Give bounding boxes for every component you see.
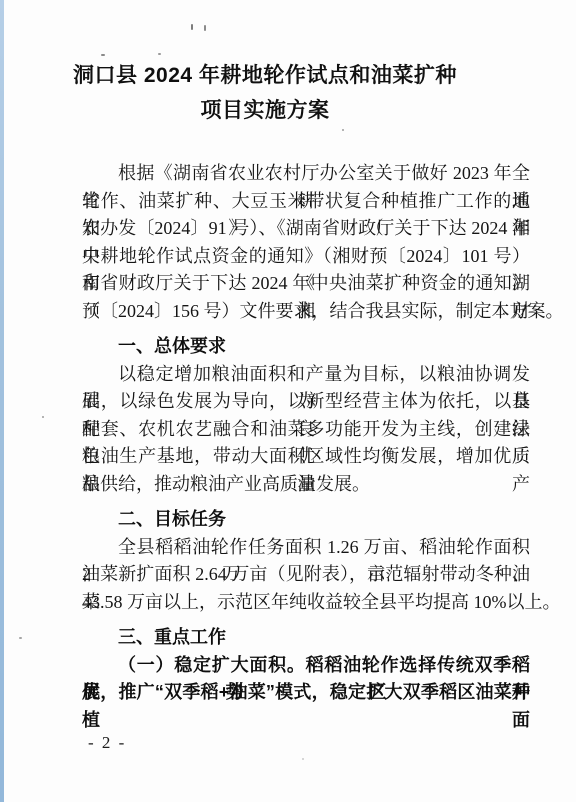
doc-line: 配套、农机农艺融合和油菜多功能开发为主线，创建绿色优质 [82, 416, 530, 444]
doc-line: 轮作、油菜扩种、大豆玉米带状复合种植推广工作的通知》（湘 [82, 188, 530, 216]
section-heading: 一、总体要求 [82, 333, 530, 361]
doc-line: 油菜新扩面积 2.64 万亩（见附表），示范辐射带动冬种油菜 [82, 561, 530, 589]
scan-speck [302, 758, 304, 760]
section-heading: 三、重点工作 [82, 624, 530, 652]
scan-speck [101, 54, 105, 56]
doc-line: 全县稻稻油轮作任务面积 1.26 万亩、稻油轮作面积 2 万亩、 [82, 534, 530, 562]
doc-line: 粮油生产基地，带动大面积区域性均衡发展，增加优质粮油产 [82, 443, 530, 471]
doc-line: 预〔2024〕156 号）文件要求，结合我县实际，制定本方案。 [82, 298, 530, 326]
doc-line: 南省财政厅关于下达 2024 年中央油菜扩种资金的通知》（湘财 [82, 270, 530, 298]
scan-speck [42, 416, 44, 418]
scan-speck [191, 24, 193, 30]
scan-speck [19, 637, 22, 639]
document-title-line-2: 项目实施方案 [40, 93, 490, 128]
doc-line: 根据《湖南省农业农村厅办公室关于做好 2023 年全省耕地 [82, 160, 530, 188]
document-title: 洞口县 2024 年耕地轮作试点和油菜扩种 项目实施方案 [40, 58, 490, 128]
doc-line: 43.58 万亩以上，示范区年纯收益较全县平均提高 10%以上。 [82, 589, 530, 617]
page-number: - 2 - [88, 733, 126, 753]
scan-edge-artifact [0, 0, 4, 802]
doc-line: 础，以绿色发展为导向，以新型经营主体为依托，以良种良法 [82, 388, 530, 416]
document-title-line-1: 洞口县 2024 年耕地轮作试点和油菜扩种 [40, 58, 490, 93]
doc-line: 以稳定增加粮油面积和产量为目标，以粮油协调发展为基 [82, 361, 530, 389]
doc-line: 农办发〔2024〕91 号）、《湖南省财政厅关于下达 2024 年中 [82, 215, 530, 243]
doc-line: 央耕地轮作试点资金的通知》（湘财预〔2024〕101 号）和《湖 [82, 243, 530, 271]
document-body: 根据《湖南省农业农村厅办公室关于做好 2023 年全省耕地轮作、油菜扩种、大豆玉… [0, 160, 576, 707]
scan-speck [158, 53, 161, 55]
scan-speck [204, 25, 206, 31]
section-heading: 二、目标任务 [82, 506, 530, 534]
scan-speck [321, 482, 324, 485]
scanned-document-page: 洞口县 2024 年耕地轮作试点和油菜扩种 项目实施方案 根据《湖南省农业农村厅… [0, 0, 576, 802]
scan-speck [342, 129, 344, 131]
doc-line: 展，推广“双季稻+油菜”模式，稳定扩大双季稻区油菜种植面 [82, 679, 530, 707]
doc-line: （一）稳定扩大面积。稻稻油轮作选择传统双季稻优势区开 [82, 652, 530, 680]
